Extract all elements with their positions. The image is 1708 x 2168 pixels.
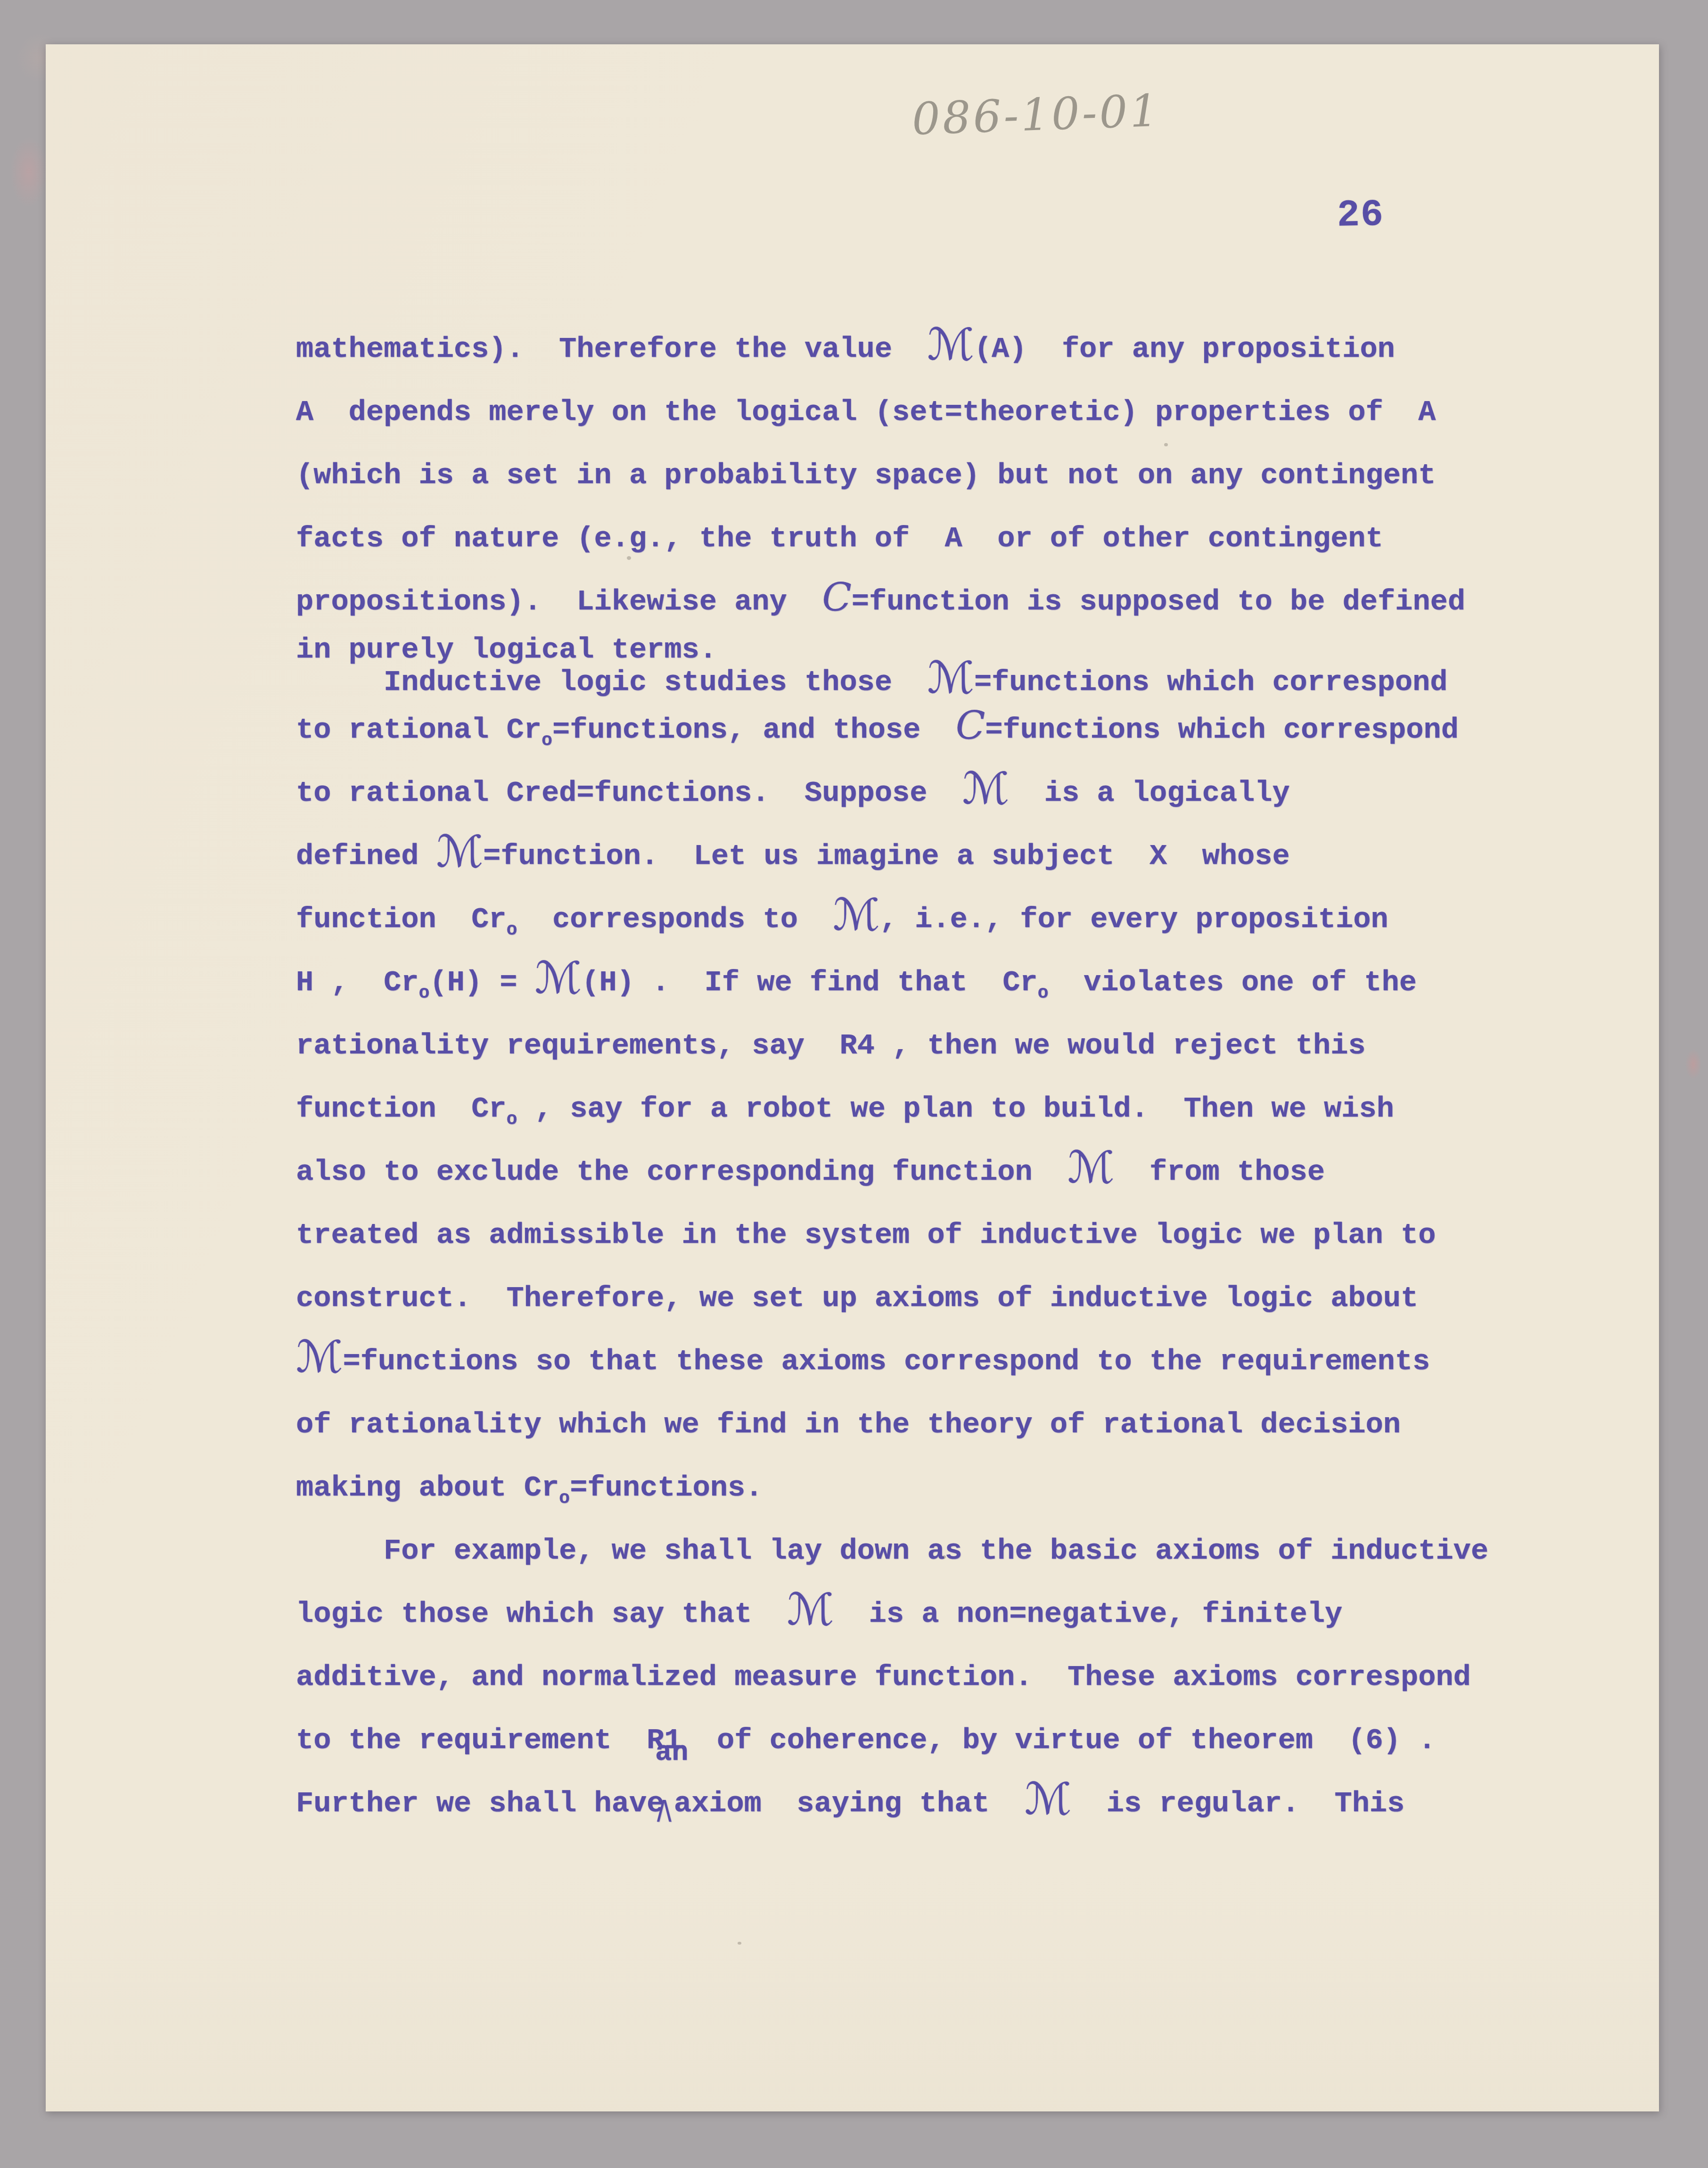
text-line: (which is a set in a probability space) …	[296, 444, 1616, 507]
manuscript-page: 086-10-01 26 mathematics). Therefore the…	[46, 44, 1659, 2111]
text-line: Further we shall havean^axiom saying tha…	[296, 1772, 1616, 1835]
typewritten-text: mathematics). Therefore the value ℳ(A) f…	[296, 318, 1616, 1835]
text-line: function Cro corresponds to ℳ, i.e., for…	[296, 888, 1616, 951]
page-number: 26	[1337, 194, 1385, 238]
text-line: ℳ=functions so that these axioms corresp…	[296, 1330, 1616, 1393]
text-line: making about Cro=functions.	[296, 1456, 1616, 1519]
text-line: logic those which say that ℳ is a non=ne…	[296, 1583, 1616, 1646]
text-line: also to exclude the corresponding functi…	[296, 1141, 1616, 1204]
text-line: For example, we shall lay down as the ba…	[296, 1519, 1616, 1583]
script-m-symbol: ℳ	[535, 953, 582, 1003]
text-line: to the requirement R1 of coherence, by v…	[296, 1709, 1616, 1772]
text-line: facts of nature (e.g., the truth of A or…	[296, 507, 1616, 570]
script-m-symbol: ℳ	[1067, 1142, 1114, 1193]
script-m-symbol: ℳ	[787, 1584, 834, 1635]
script-c-symbol: C	[956, 704, 985, 748]
text-line: construct. Therefore, we set up axioms o…	[296, 1267, 1616, 1330]
script-m-symbol: ℳ	[833, 889, 879, 940]
script-m-symbol: ℳ	[927, 319, 974, 370]
subscript-o: o	[506, 1109, 517, 1130]
text-line: of rationality which we find in the theo…	[296, 1393, 1616, 1456]
script-m-symbol: ℳ	[436, 826, 483, 877]
subscript-o: o	[419, 983, 429, 1003]
scanned-document: { "page": { "archival_code": "086-10-01"…	[0, 0, 1708, 2168]
paper-speck	[738, 1942, 741, 1945]
subscript-o: o	[506, 920, 517, 940]
text-line: propositions). Likewise any C=function i…	[296, 570, 1616, 633]
inserted-word-text: an	[655, 1739, 689, 1767]
script-m-symbol: ℳ	[296, 1331, 343, 1382]
caret-icon: ^	[655, 1795, 673, 1844]
script-m-symbol: ℳ	[927, 652, 974, 703]
script-m-symbol: ℳ	[962, 763, 1009, 814]
text-line: treated as admissible in the system of i…	[296, 1204, 1616, 1267]
text-line: A depends merely on the logical (set=the…	[296, 381, 1616, 444]
text-line: Inductive logic studies those ℳ=function…	[296, 666, 1616, 698]
inserted-word: an^	[664, 1782, 673, 1811]
archival-code-handwritten: 086-10-01	[911, 85, 1161, 145]
subscript-o: o	[559, 1488, 570, 1509]
text-line: to rational Cro=functions, and those C=f…	[296, 698, 1616, 762]
script-m-symbol: ℳ	[1025, 1774, 1071, 1824]
text-line: rationality requirements, say R4 , then …	[296, 1014, 1616, 1077]
script-c-symbol: C	[822, 575, 852, 620]
scan-border-smudge	[1683, 1044, 1704, 1084]
text-line: function Cro , say for a robot we plan t…	[296, 1077, 1616, 1141]
subscript-o: o	[1038, 983, 1049, 1003]
text-line: defined ℳ=function. Let us imagine a sub…	[296, 825, 1616, 888]
subscript-o: o	[542, 730, 552, 751]
text-line: H , Cro(H) = ℳ(H) . If we find that Cro …	[296, 951, 1616, 1014]
text-line: additive, and normalized measure functio…	[296, 1646, 1616, 1709]
text-line: to rational Cred=functions. Suppose ℳ is…	[296, 762, 1616, 825]
text-line: mathematics). Therefore the value ℳ(A) f…	[296, 318, 1616, 381]
